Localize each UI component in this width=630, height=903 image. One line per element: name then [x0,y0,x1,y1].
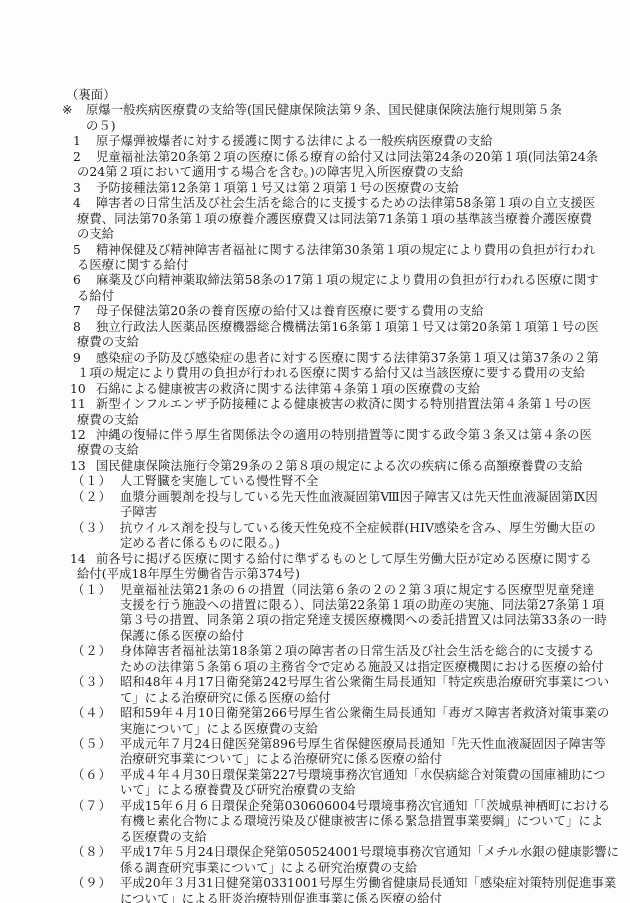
item-first-line: 6麻薬及び向精神薬取締法第58条の17第１項の規定により費用の負担が行われる医療… [70,273,572,288]
subitem-text: 治療研究事業について」による治療研究に係る医療の給付 [120,752,442,767]
list-item: 8独立行政法人医薬品医療機器総合機構法第16条第１項第１号又は第20条第１項第１… [70,320,572,351]
subitem-continuation-line: て」による治療研究に係る医療の給付 [72,691,572,706]
item-text: 原子爆弾被爆者に対する援護に関する法律による一般疾病医療費の支給 [96,134,493,149]
subitem-first-line: （５）平成元年７月24日健医発第896号厚生省保健医療局長通知「先天性血液凝固因… [72,737,572,752]
list-item: 7母子保健法第20条の養育医療の給付又は養育医療に要する費用の支給 [70,304,572,319]
section-title: ※ 原爆一般疾病医療費の支給等(国民健康保険法第９条、国民健康保険法施行規則第５… [62,103,572,134]
subitem-text: について」による肝炎治療特別促進事業に係る医療の給付 [120,892,442,903]
list-item: 2児童福祉法第20条第２項の医療に係る療育の給付又は同法第24条の20第１項(同… [70,150,572,181]
subitem-text: 有機ヒ素化合物による環境汚染及び健康被害に係る緊急措置事業要綱」について」によ [120,814,603,829]
item-number: 6 [70,273,96,288]
subitem-text: 平成元年７月24日健医発第896号厚生省保健医療局長通知「先天性血液凝固因子障害… [120,737,606,752]
subitem-text: て」による治療研究に係る医療の給付 [120,691,331,706]
item-first-line: 7母子保健法第20条の養育医療の給付又は養育医療に要する費用の支給 [70,304,572,319]
subitem-continuation-line: について」による肝炎治療特別促進事業に係る医療の給付 [72,892,572,903]
subitem-first-line: （９）平成20年３月31日健発第0331001号厚生労働省健康局長通知「感染症対… [72,876,572,891]
item-text: 沖縄の復帰に伴う厚生省関係法令の適用の特別措置等に関する政令第３条又は第４条の医 [96,428,592,443]
item-text: 障害者の日常生活及び社会生活を総合的に支援するための法律第58条第１項の自立支援… [96,196,595,211]
item-number: 14 [70,552,96,567]
subitem-text: 保護に係る医療の給付 [120,629,244,644]
list-item: 6麻薬及び向精神薬取締法第58条の17第１項の規定により費用の負担が行われる医療… [70,273,572,304]
subitem-text: いて」による療養費及び研究治療費の支給 [120,783,356,798]
subitem-continuation-line: ための法律第５条第６項の主務省令で定める施設又は指定医療機関における医療の給付 [72,660,572,675]
subitem-text: 人工腎臓を実施している慢性腎不全 [120,474,318,489]
subitem-text: 係る調査研究事業について」による研究治療費の支給 [120,861,417,876]
item-text: る医療に関する給付 [77,258,189,273]
item-text: 感染症の予防及び感染症の患者に対する医療に関する法律第37条第１項又は第37条の… [96,351,599,366]
subitem-continuation-line: 子障害 [72,505,572,520]
item-first-line: 3予防接種法第12条第１項第１号又は第２項第１号の医療費の支給 [70,181,572,196]
subitem-continuation-line: 保護に係る医療の給付 [72,629,572,644]
subitem-first-line: （１）児童福祉法第21条の６の措置（同法第６条の２の２第３項に規定する医療型児童… [72,583,572,598]
subitem-number: （２） [72,644,120,659]
item-number: 13 [70,459,96,474]
list-item: 9感染症の予防及び感染症の患者に対する医療に関する法律第37条第１項又は第37条… [70,351,572,382]
subitem-text: 実施について」による医療費の支給 [120,722,318,737]
item-text: の支給 [77,227,114,242]
subitem-continuation-line: 実施について」による医療費の支給 [72,722,572,737]
subitem-text: 血漿分画製剤を投与している先天性血液凝固第Ⅷ因子障害又は先天性血液凝固第Ⅸ因 [120,490,598,505]
subitem-first-line: （８）平成17年５月24日環保企発第050524001号環境事務次官通知「メチル… [72,845,572,860]
subitem-first-line: （２）身体障害者福祉法第18条第２項の障害者の日常生活及び社会生活を総合的に支援… [72,644,572,659]
item-first-line: 9感染症の予防及び感染症の患者に対する医療に関する法律第37条第１項又は第37条… [70,351,572,366]
subitem-text: 定める者に係るものに限る。) [120,536,280,551]
item-number: 2 [70,150,96,165]
list-item: 12沖縄の復帰に伴う厚生省関係法令の適用の特別措置等に関する政令第３条又は第４条… [70,428,572,459]
item-number: 1 [70,134,96,149]
subitem-first-line: （１）人工腎臓を実施している慢性腎不全 [72,474,572,489]
subitem-text: 第３号の措置、同条第２項の指定発達支援医療機関への委託措置又は同法第33条の一時 [120,613,607,628]
subitem-continuation-line: いて」による療養費及び研究治療費の支給 [72,783,572,798]
subitem-text: 支援を行う施設への措置に限る）、同法第22条第１項の助産の実施、同法第27条第１… [120,598,604,613]
item-continuation-line: 療費の支給 [70,443,572,458]
subitem-number: （６） [72,768,120,783]
list-item: 10石綿による健康被害の救済に関する法律第４条第１項の医療費の支給 [70,382,572,397]
item-text: 療費の支給 [77,443,139,458]
subitem-text: 平成17年５月24日環保企発第050524001号環境事務次官通知「メチル水銀の… [120,845,619,860]
reference-mark: ※ [62,103,86,134]
subitem-number: （３） [72,675,120,690]
subitem-number: （２） [72,490,120,505]
list-item: 14前各号に掲げる医療に関する給付に準ずるものとして厚生労働大臣が定める医療に関… [70,552,572,903]
item-continuation-line: １項の規定により費用の負担が行われる医療に関する給付又は当該医療に要する費用の支… [70,366,572,381]
item-continuation-line: 給付(平成18年厚生労働省告示第374号) [70,567,572,582]
item-first-line: 5精神保健及び精神障害者福祉に関する法律第30条第１項の規定により費用の負担が行… [70,243,572,258]
item-first-line: 4障害者の日常生活及び社会生活を総合的に支援するための法律第58条第１項の自立支… [70,196,572,211]
subitem-text: 抗ウイルス剤を投与している後天性免疫不全症候群(HIV感染を含み、厚生労働大臣の [120,521,596,536]
item-text: 新型インフルエンザ予防接種による健康被害の救済に関する特別措置法第４条第１号の医 [96,397,591,412]
subitem-text: 身体障害者福祉法第18条第２項の障害者の日常生活及び社会生活を総合的に支援する [120,644,595,659]
item-continuation-line: る給付 [70,289,572,304]
subitem-continuation-line: 支援を行う施設への措置に限る）、同法第22条第１項の助産の実施、同法第27条第１… [72,598,572,613]
item-text: 石綿による健康被害の救済に関する法律第４条第１項の医療費の支給 [96,382,480,397]
list-item: 4障害者の日常生活及び社会生活を総合的に支援するための法律第58条第１項の自立支… [70,196,572,242]
item-text: 母子保健法第20条の養育医療の給付又は養育医療に要する費用の支給 [96,304,484,319]
item-text: 予防接種法第12条第１項第１号又は第２項第１号の医療費の支給 [96,181,459,196]
list-item: 11新型インフルエンザ予防接種による健康被害の救済に関する特別措置法第４条第１号… [70,397,572,428]
item-number: 12 [70,428,96,443]
item-first-line: 13国民健康保険法施行令第29条の２第８項の規定による次の疾病に係る高額療養費の… [70,459,572,474]
subitem-number: （９） [72,876,120,891]
item-continuation-line: の24第２項において適用する場合を含む。)の障害児入所医療費の支給 [70,165,572,180]
subitem-text: 昭和59年４月10日衛発第266号厚生省公衆衛生局長通知「毒ガス障害者救済対策事… [120,706,609,721]
subitem-continuation-line: 有機ヒ素化合物による環境汚染及び健康被害に係る緊急措置事業要綱」について」によ [72,814,572,829]
subitem-first-line: （６）平成４年４月30日環保業第227号環境事務次官通知「水俣病総合対策費の国庫… [72,768,572,783]
list-item: 13国民健康保険法施行令第29条の２第８項の規定による次の疾病に係る高額療養費の… [70,459,572,552]
subitem-text: 平成15年６月６日環保企発第030606004号環境事務次官通知「「茨城県神栖町… [120,799,610,814]
item-text: 給付(平成18年厚生労働省告示第374号) [77,567,300,582]
subitem-number: （７） [72,799,120,814]
side-label: （裏面） [66,88,572,103]
item-first-line: 10石綿による健康被害の救済に関する法律第４条第１項の医療費の支給 [70,382,572,397]
document-page: （裏面） ※ 原爆一般疾病医療費の支給等(国民健康保険法第９条、国民健康保険法施… [62,88,572,903]
item-continuation-line: 療費、同法第70条第１項の療養介護医療費又は同法第71条第１項の基準該当療養介護… [70,212,572,227]
subitem-text: 昭和48年４月17日衛発第242号厚生省公衆衛生局長通知「特定疾患治療研究事業に… [120,675,609,690]
item-number: 7 [70,304,96,319]
item-first-line: 12沖縄の復帰に伴う厚生省関係法令の適用の特別措置等に関する政令第３条又は第４条… [70,428,572,443]
item-text: 前各号に掲げる医療に関する給付に準ずるものとして厚生労働大臣が定める医療に関する [96,552,592,567]
item-text: 児童福祉法第20条第２項の医療に係る療育の給付又は同法第24条の20第１項(同法… [96,150,598,165]
subitem-text: ための法律第５条第６項の主務省令で定める施設又は指定医療機関における医療の給付 [120,660,603,675]
list-item: 1原子爆弾被爆者に対する援護に関する法律による一般疾病医療費の支給 [70,134,572,149]
item-text: １項の規定により費用の負担が行われる医療に関する給付又は当該医療に要する費用の支… [77,366,585,381]
subitem-first-line: （３）抗ウイルス剤を投与している後天性免疫不全症候群(HIV感染を含み、厚生労働… [72,521,572,536]
item-first-line: 1原子爆弾被爆者に対する援護に関する法律による一般疾病医療費の支給 [70,134,572,149]
subitem-first-line: （２）血漿分画製剤を投与している先天性血液凝固第Ⅷ因子障害又は先天性血液凝固第Ⅸ… [72,490,572,505]
subitem-number: （４） [72,706,120,721]
item-first-line: 8独立行政法人医薬品医療機器総合機構法第16条第１項第１号又は第20条第１項第１… [70,320,572,335]
item-number: 8 [70,320,96,335]
subitem-first-line: （４）昭和59年４月10日衛発第266号厚生省公衆衛生局長通知「毒ガス障害者救済… [72,706,572,721]
subitem-text: る医療費の支給 [120,830,207,845]
subitem-text: 平成４年４月30日環保業第227号環境事務次官通知「水俣病総合対策費の国庫補助に… [120,768,606,783]
list-item: 3予防接種法第12条第１項第１号又は第２項第１号の医療費の支給 [70,181,572,196]
subitem-number: （８） [72,845,120,860]
item-first-line: 11新型インフルエンザ予防接種による健康被害の救済に関する特別措置法第４条第１号… [70,397,572,412]
item-text: る給付 [77,289,114,304]
item-text: 麻薬及び向精神薬取締法第58条の17第１項の規定により費用の負担が行われる医療に… [96,273,599,288]
item-number: 10 [70,382,96,397]
item-first-line: 14前各号に掲げる医療に関する給付に準ずるものとして厚生労働大臣が定める医療に関… [70,552,572,567]
item-text: 療費、同法第70条第１項の療養介護医療費又は同法第71条第１項の基準該当療養介護… [77,212,592,227]
subitem-continuation-line: 係る調査研究事業について」による研究治療費の支給 [72,861,572,876]
subitem-text: 子障害 [120,505,157,520]
item-number: 5 [70,243,96,258]
item-first-line: 2児童福祉法第20条第２項の医療に係る療育の給付又は同法第24条の20第１項(同… [70,150,572,165]
subitem-number: （１） [72,474,120,489]
subitem-number: （３） [72,521,120,536]
item-text: 国民健康保険法施行令第29条の２第８項の規定による次の疾病に係る高額療養費の支給 [96,459,583,474]
item-text: 療費の支給 [77,413,139,428]
subitem-first-line: （７）平成15年６月６日環保企発第030606004号環境事務次官通知「「茨城県… [72,799,572,814]
item-text: の24第２項において適用する場合を含む。)の障害児入所医療費の支給 [77,165,464,180]
subitem-continuation-line: 定める者に係るものに限る。) [72,536,572,551]
subitem-continuation-line: る医療費の支給 [72,830,572,845]
subitem-number: （１） [72,583,120,598]
subitem-continuation-line: 第３号の措置、同条第２項の指定発達支援医療機関への委託措置又は同法第33条の一時 [72,613,572,628]
item-number: 11 [70,397,96,412]
item-text: 精神保健及び精神障害者福祉に関する法律第30条第１項の規定により費用の負担が行わ… [96,243,595,258]
item-list: 1原子爆弾被爆者に対する援護に関する法律による一般疾病医療費の支給2児童福祉法第… [62,134,572,903]
subitem-text: 平成20年３月31日健発第0331001号厚生労働省健康局長通知「感染症対策特別… [120,876,616,891]
item-number: 3 [70,181,96,196]
item-text: 療費の支給 [77,335,139,350]
item-continuation-line: 療費の支給 [70,413,572,428]
item-continuation-line: の支給 [70,227,572,242]
list-item: 5精神保健及び精神障害者福祉に関する法律第30条第１項の規定により費用の負担が行… [70,243,572,274]
subitem-text: 児童福祉法第21条の６の措置（同法第６条の２の２第３項に規定する医療型児童発達 [120,583,595,598]
item-number: 9 [70,351,96,366]
section-title-text: 原爆一般疾病医療費の支給等(国民健康保険法第９条、国民健康保険法施行規則第５条の… [86,103,572,134]
subitem-number: （５） [72,737,120,752]
item-text: 独立行政法人医薬品医療機器総合機構法第16条第１項第１号又は第20条第１項第１号… [96,320,599,335]
item-continuation-line: る医療に関する給付 [70,258,572,273]
subitem-continuation-line: 治療研究事業について」による治療研究に係る医療の給付 [72,752,572,767]
subitem-first-line: （３）昭和48年４月17日衛発第242号厚生省公衆衛生局長通知「特定疾患治療研究… [72,675,572,690]
item-continuation-line: 療費の支給 [70,335,572,350]
item-number: 4 [70,196,96,211]
